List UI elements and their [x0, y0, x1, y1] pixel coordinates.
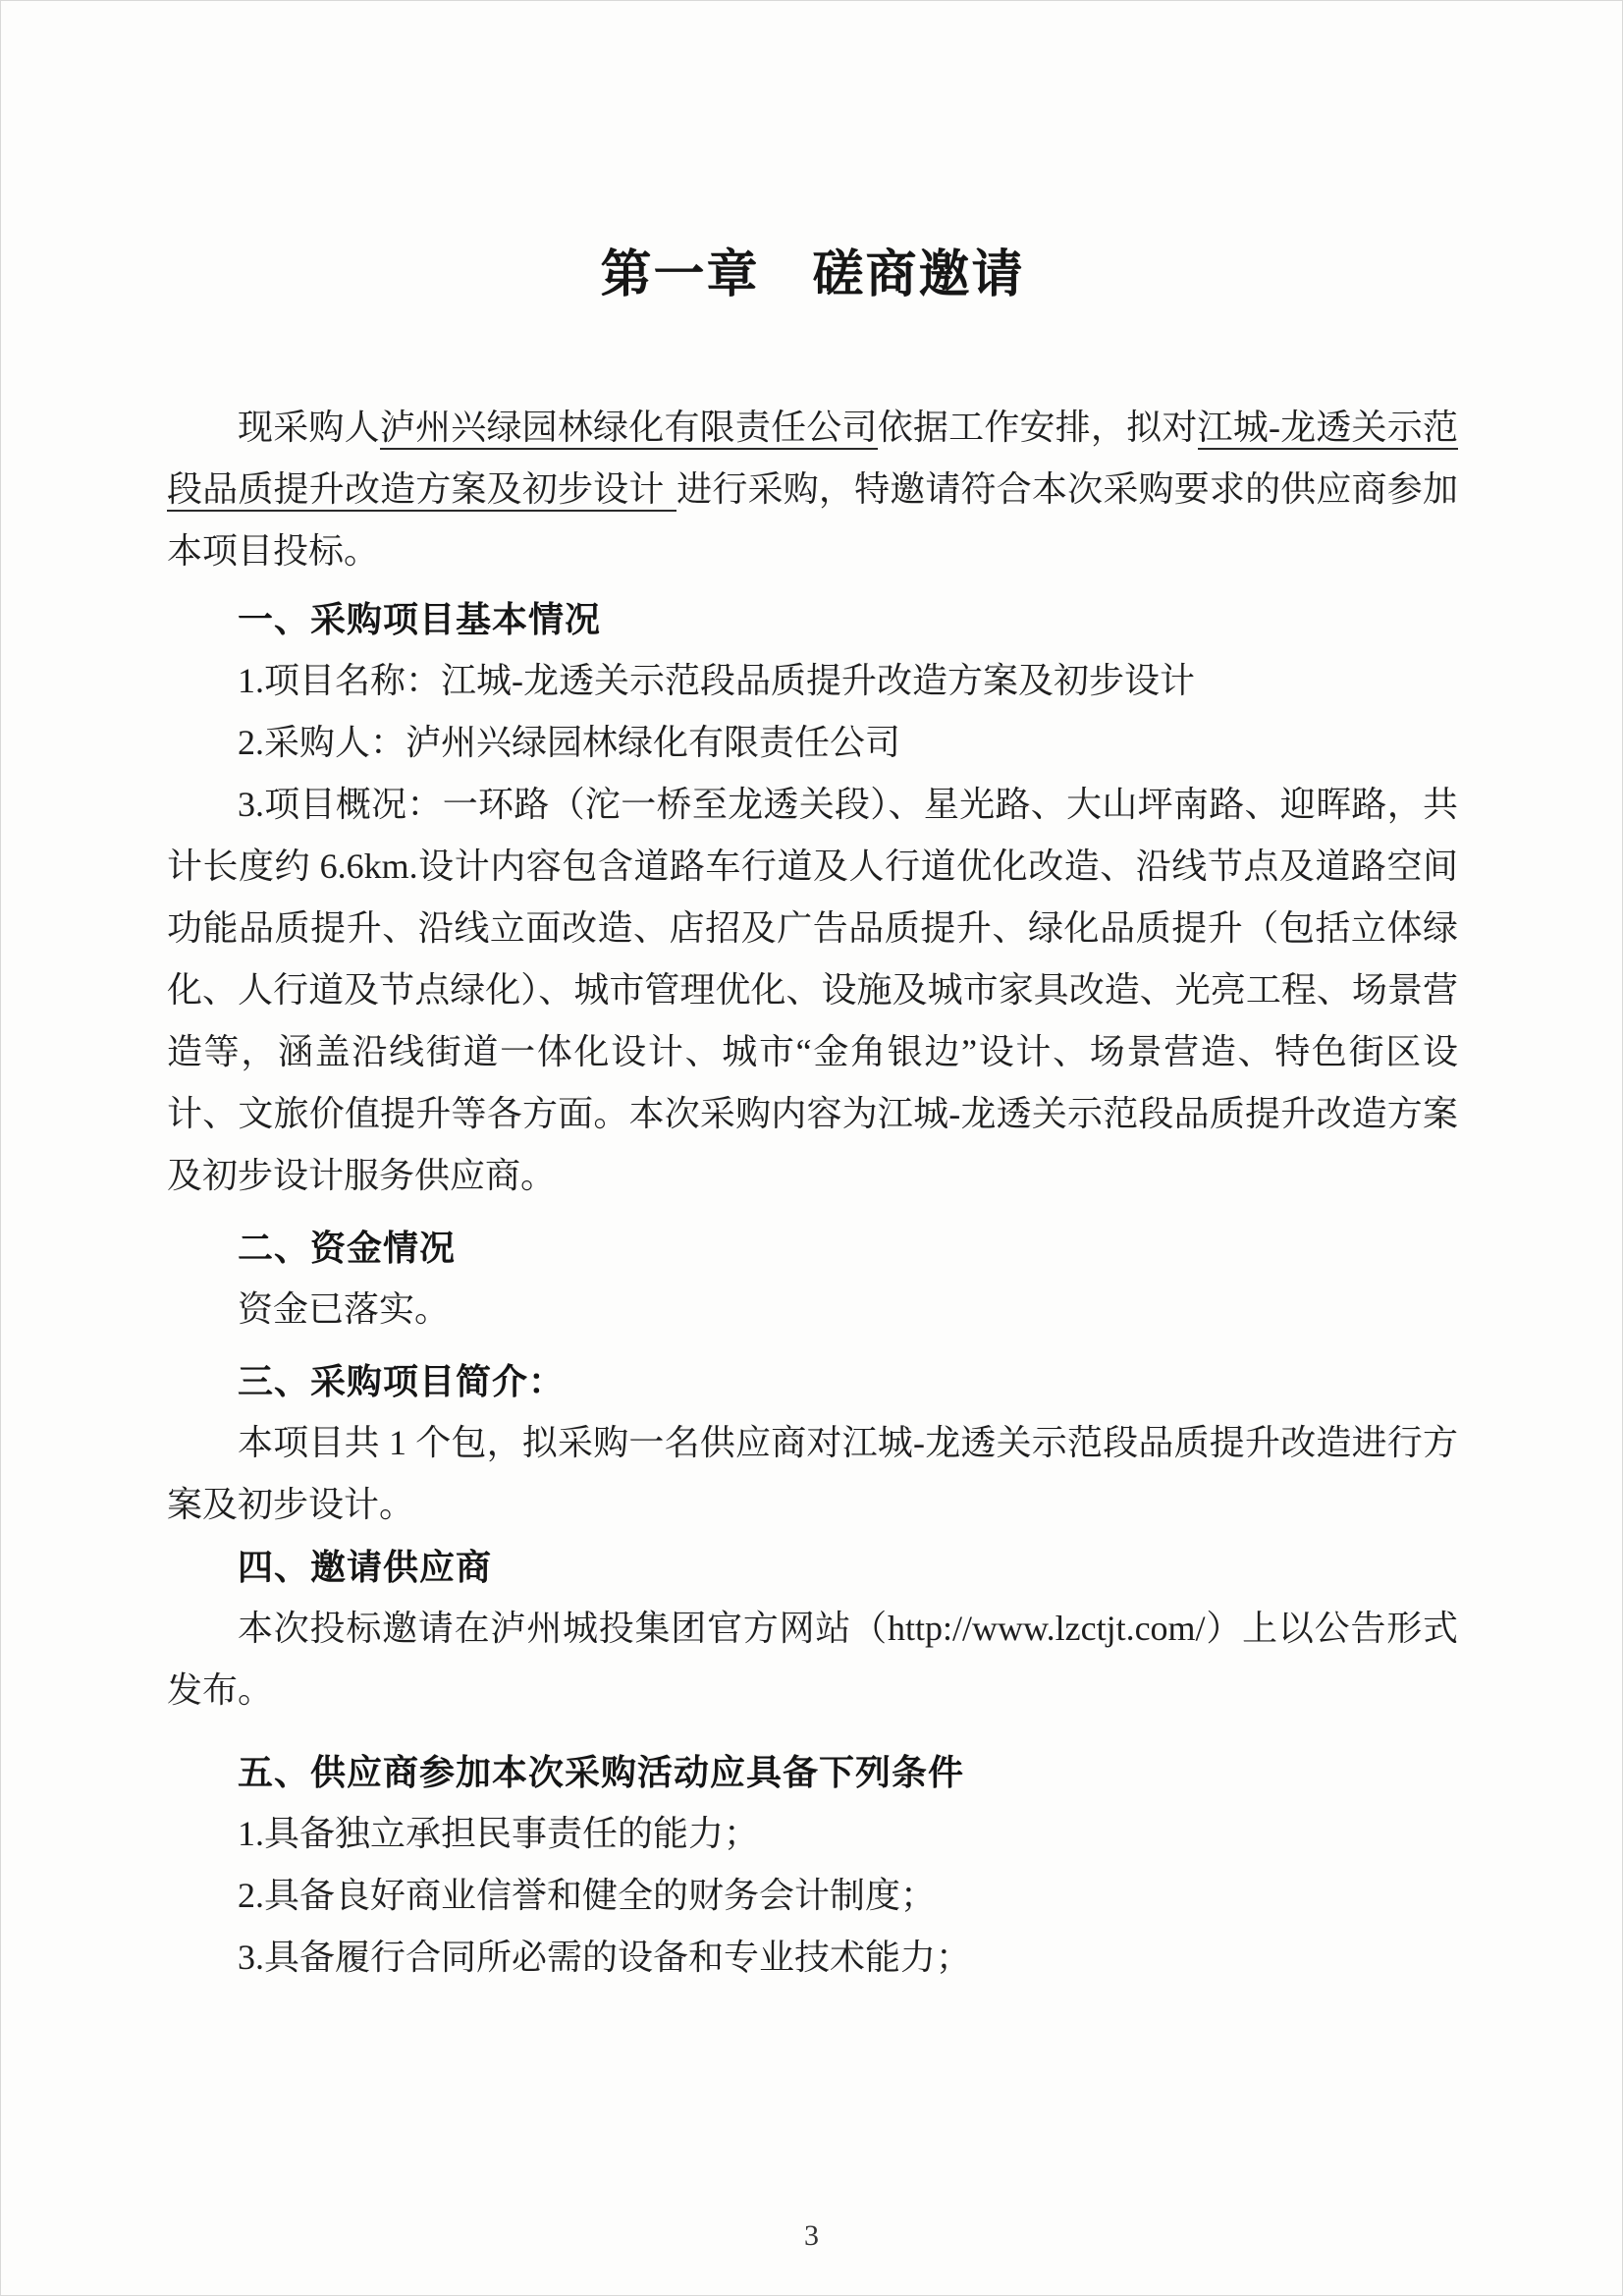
condition-item-3: 3.具备履行合同所必需的设备和专业技术能力；	[167, 1927, 1458, 1989]
document-content: 第一章 磋商邀请 现采购人泸州兴绿园林绿化有限责任公司依据工作安排，拟对江城-龙…	[167, 0, 1458, 1989]
invitation-announcement-paragraph: 本次投标邀请在泸州城投集团官方网站（http://www.lzctjt.com/…	[167, 1598, 1458, 1722]
intro-paragraph: 现采购人泸州兴绿园林绿化有限责任公司依据工作安排，拟对江城-龙透关示范段品质提升…	[167, 397, 1458, 582]
intro-segment-1: 现采购人	[238, 408, 380, 447]
condition-item-2: 2.具备良好商业信誉和健全的财务会计制度；	[167, 1865, 1458, 1927]
section-4-heading: 四、邀请供应商	[167, 1536, 1458, 1598]
section-1-heading: 一、采购项目基本情况	[167, 588, 1458, 650]
section-2-heading: 二、资金情况	[167, 1217, 1458, 1279]
condition-item-1: 1.具备独立承担民事责任的能力；	[167, 1803, 1458, 1865]
section-5-heading: 五、供应商参加本次采购活动应具备下列条件	[167, 1741, 1458, 1803]
section-3-heading: 三、采购项目简介：	[167, 1350, 1458, 1412]
project-overview-paragraph: 3.项目概况：一环路（沱一桥至龙透关段）、星光路、大山坪南路、迎晖路，共计长度约…	[167, 774, 1458, 1207]
purchaser-name-underlined: 泸州兴绿园林绿化有限责任公司	[380, 408, 878, 450]
page-number: 3	[0, 2219, 1623, 2253]
project-name-item: 1.项目名称：江城-龙透关示范段品质提升改造方案及初步设计	[167, 650, 1458, 712]
funding-status-text: 资金已落实。	[167, 1279, 1458, 1340]
intro-segment-3: 依据工作安排，拟对	[878, 408, 1198, 447]
purchaser-item: 2.采购人：泸州兴绿园林绿化有限责任公司	[167, 712, 1458, 774]
project-brief-paragraph: 本项目共 1 个包，拟采购一名供应商对江城-龙透关示范段品质提升改造进行方案及初…	[167, 1412, 1458, 1536]
page-title: 第一章 磋商邀请	[167, 247, 1458, 302]
document-page: 第一章 磋商邀请 现采购人泸州兴绿园林绿化有限责任公司依据工作安排，拟对江城-龙…	[0, 0, 1623, 2296]
